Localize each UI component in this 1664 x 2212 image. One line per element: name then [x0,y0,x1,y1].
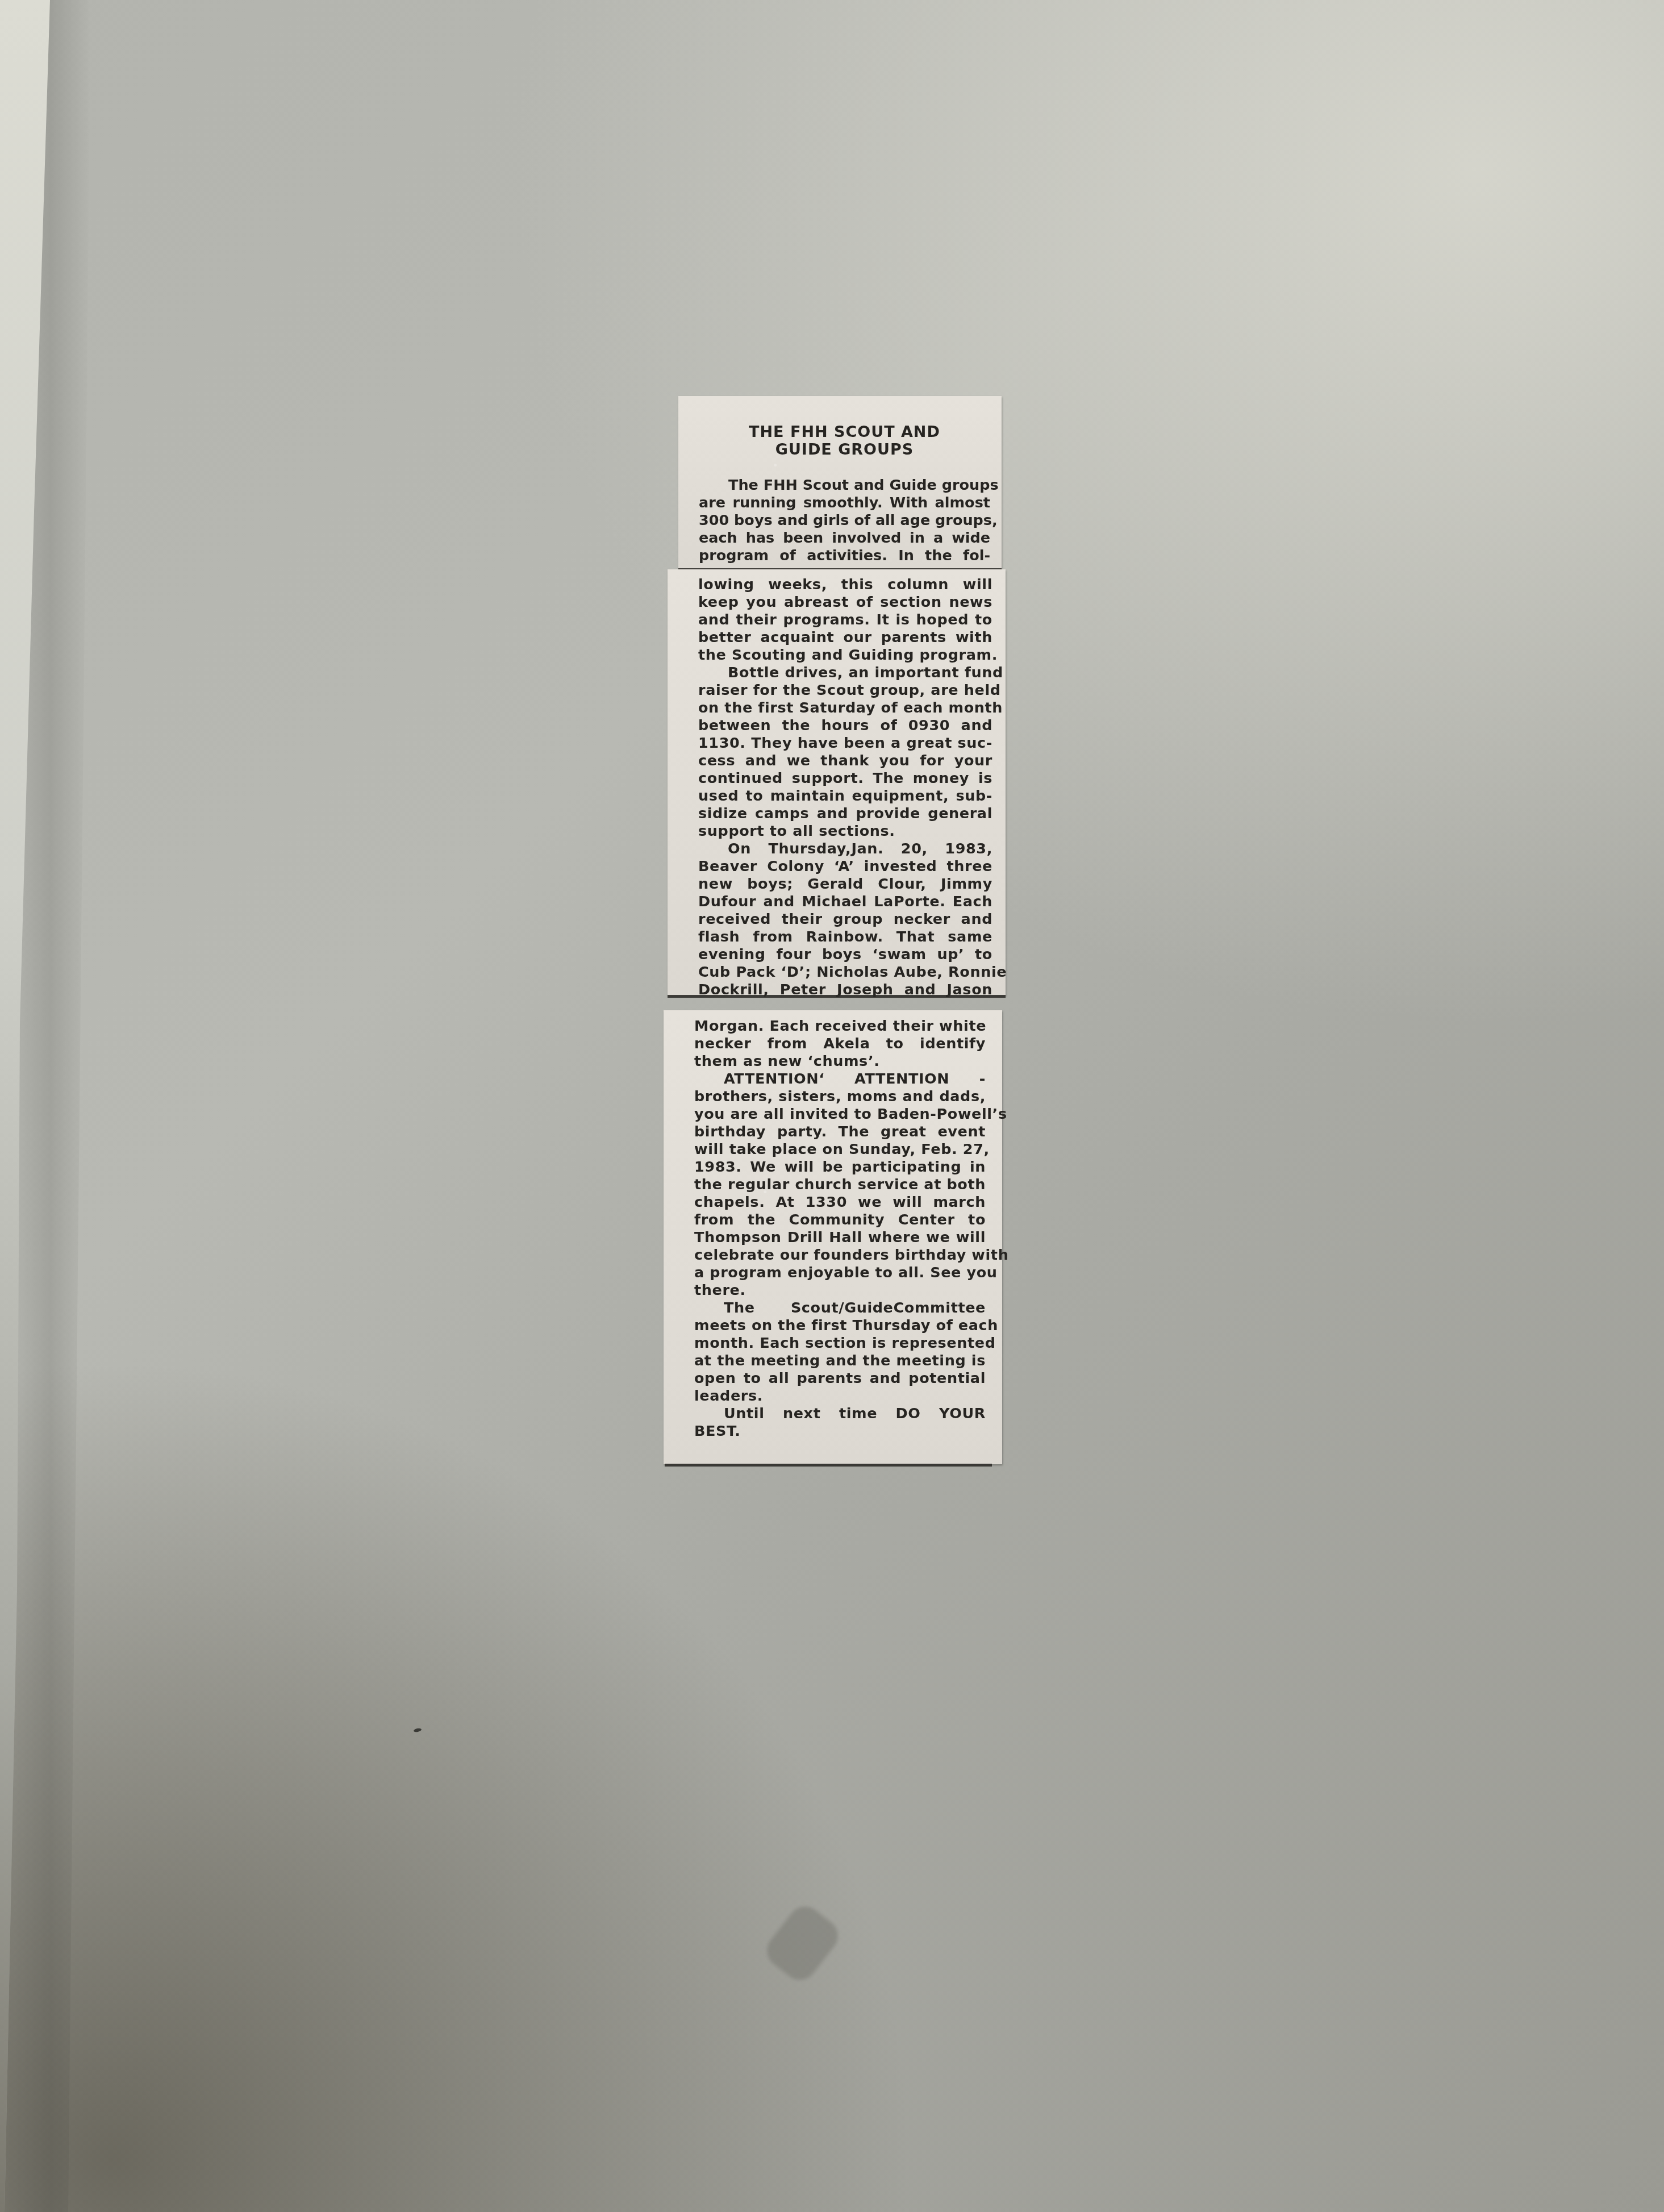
article-line: keep you abreast of section news [698,594,992,611]
article-line: Dufour and Michael LaPorte. Each [698,893,992,911]
article-line: on the first Saturday of each month [698,699,992,717]
article-line: used to maintain equipment, sub- [698,788,992,805]
article-line: evening four boys ‘swam up’ to [698,946,992,964]
article-line: Morgan. Each received their white [694,1018,986,1035]
article-line: birthday party. The great event [694,1123,986,1141]
article-line: you are all invited to Baden-Powell’s [694,1106,986,1123]
headline-line-2: GUIDE GROUPS [699,441,990,459]
article-line: meets on the first Thursday of each [694,1317,986,1335]
article-text: Morgan. Each received their whitenecker … [694,1018,986,1440]
article-line: support to all sections. [698,823,992,840]
article-line: between the hours of 0930 and [698,717,992,735]
article-line: chapels. At 1330 we will march [694,1194,986,1211]
article-line: and their programs. It is hoped to [698,611,992,629]
clipping-piece-2: lowing weeks, this column willkeep you a… [668,569,1006,995]
article-line: month. Each section is represented [694,1335,986,1352]
clipping-piece-3: Morgan. Each received their whitenecker … [664,1010,1002,1464]
article-headline: THE FHH SCOUT AND GUIDE GROUPS [699,423,990,459]
article-line: raiser for the Scout group, are held [698,682,992,699]
article-line: there. [694,1282,986,1299]
article-line: better acquaint our parents with [698,629,992,647]
headline-line-1: THE FHH SCOUT AND [699,423,990,441]
article-line: sidize camps and provide general [698,805,992,823]
article-text: lowing weeks, this column willkeep you a… [698,576,992,999]
article-line: Beaver Colony ‘A’ invested three [698,858,992,876]
article-line: them as new ‘chums’. [694,1053,986,1070]
article-line: brothers, sisters, moms and dads, [694,1088,986,1106]
article-line: BEST. [694,1423,986,1440]
clipping-piece-1: THE FHH SCOUT AND GUIDE GROUPS The FHH S… [678,396,1002,569]
article-line: the Scouting and Guiding program. [698,647,992,664]
article-line: necker from Akela to identify [694,1035,986,1053]
article-line: On Thursday,Jan. 20, 1983, [698,840,992,858]
article-line: Thompson Drill Hall where we will [694,1229,986,1247]
article-line: open to all parents and potential [694,1370,986,1388]
article-text: The FHH Scout and Guide groupsare runnin… [699,477,990,565]
article-line: 300 boys and girls of all age groups, [699,512,990,530]
article-line: the regular church service at both [694,1176,986,1194]
article-line: leaders. [694,1388,986,1405]
article-line: a program enjoyable to all. See you [694,1264,986,1282]
article-line: Cub Pack ‘D’; Nicholas Aube, Ronnie [698,964,992,981]
article-line: celebrate our founders birthday with [694,1247,986,1264]
article-line: Bottle drives, an important fund [698,664,992,682]
article-line: new boys; Gerald Clour, Jimmy [698,876,992,893]
article-line: each has been involved in a wide [699,530,990,547]
article-line: 1983. We will be participating in [694,1159,986,1176]
article-line: received their group necker and [698,911,992,928]
article-line: Until next time DO YOUR [694,1405,986,1423]
article-line: at the meeting and the meeting is [694,1352,986,1370]
article-line: program of activities. In the fol- [699,547,990,565]
article-line: The FHH Scout and Guide groups [699,477,990,494]
article-line: lowing weeks, this column will [698,576,992,594]
article-line: will take place on Sunday, Feb. 27, [694,1141,986,1159]
article-line: The Scout/GuideCommittee [694,1299,986,1317]
article-line: cess and we thank you for your [698,752,992,770]
article-line: continued support. The money is [698,770,992,788]
article-line: from the Community Center to [694,1211,986,1229]
article-line: are running smoothly. With almost [699,494,990,512]
article-line: Dockrill, Peter Joseph and Jason [698,981,992,999]
article-line: ATTENTION‘ ATTENTION - [694,1070,986,1088]
article-line: flash from Rainbow. That same [698,928,992,946]
article-line: 1130. They have been a great suc- [698,735,992,752]
